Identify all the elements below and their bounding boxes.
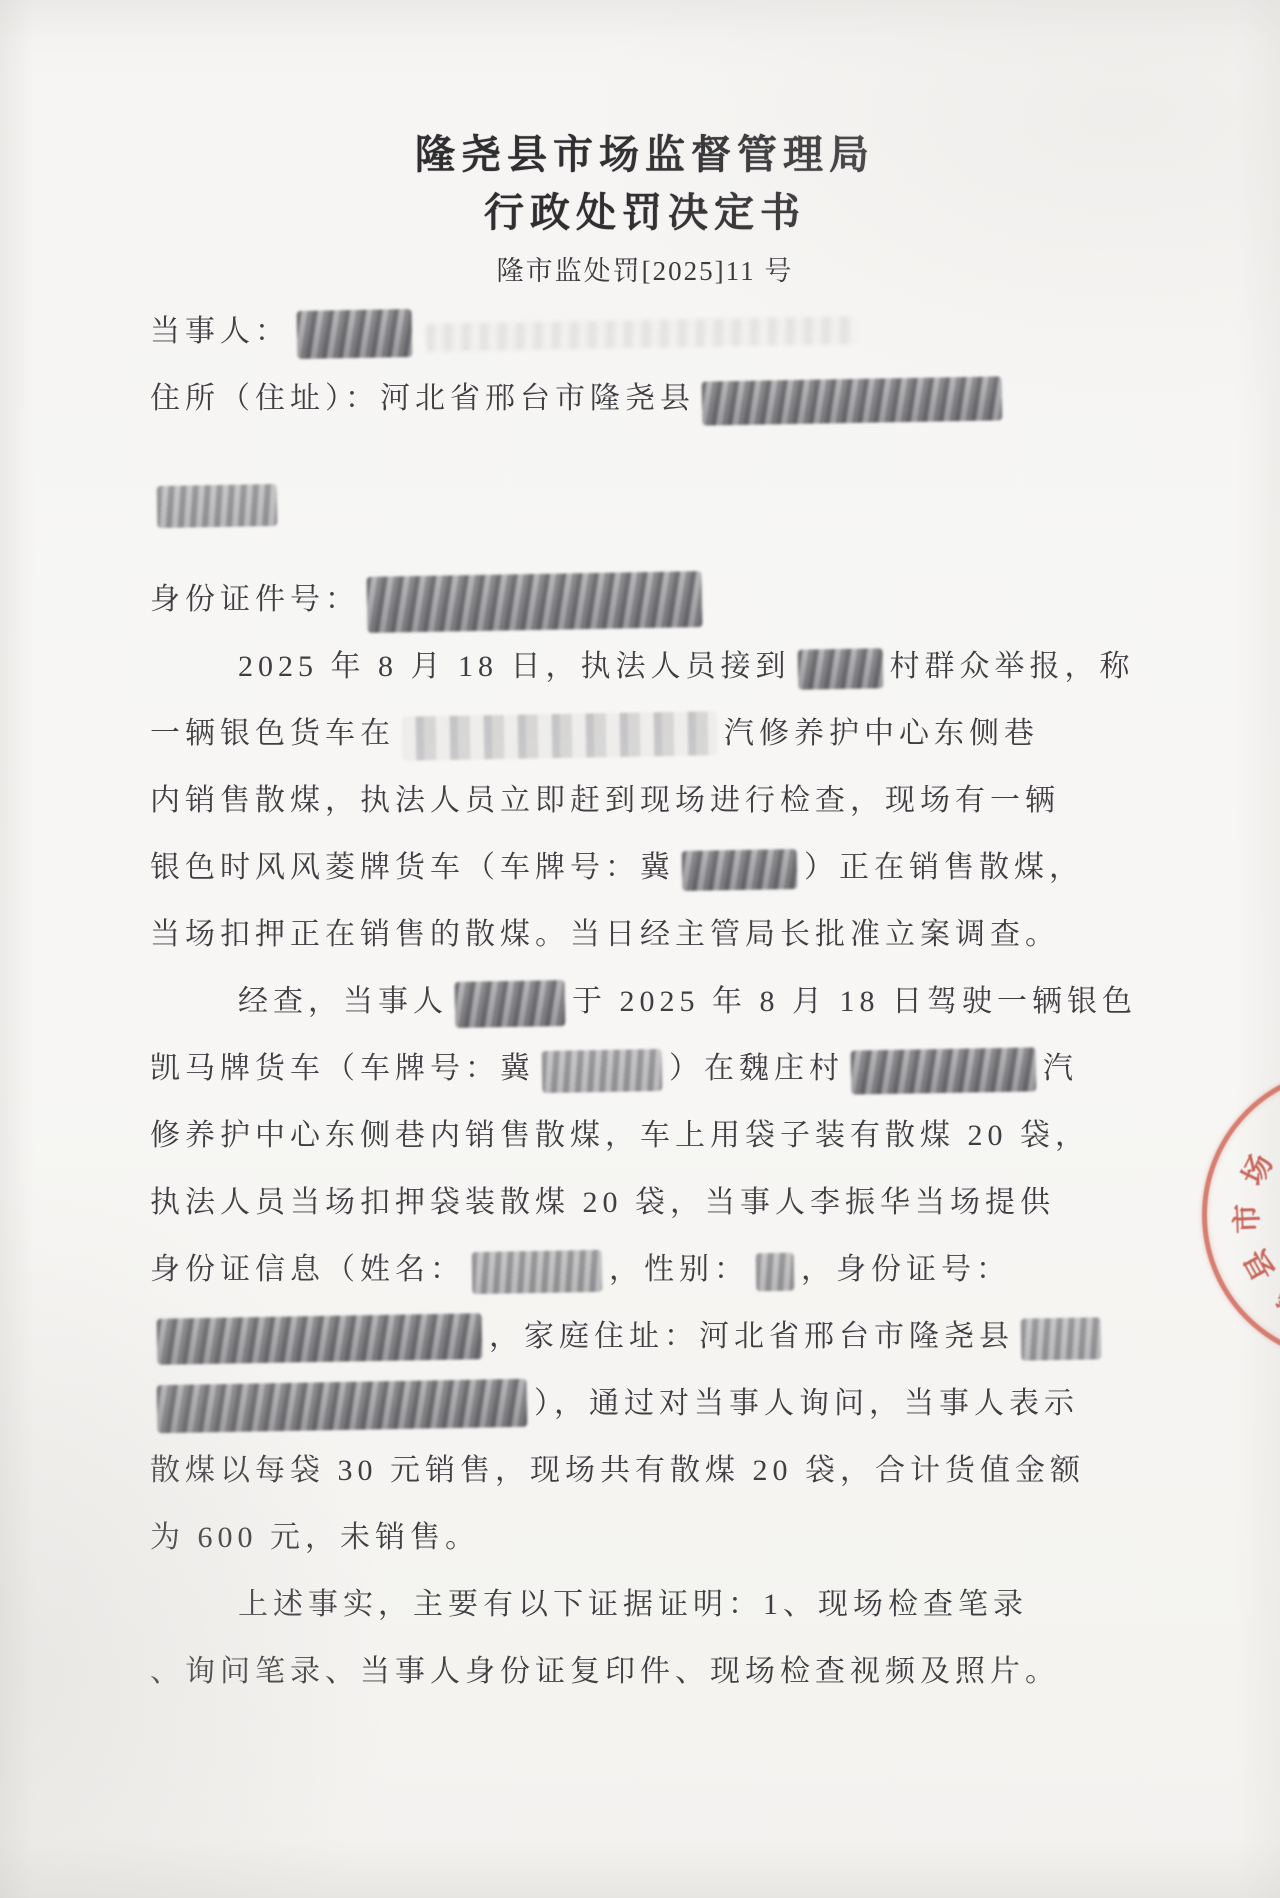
body-line: 一辆银色货车在汽修养护中心东侧巷 <box>150 700 1140 767</box>
text-run: 村群众举报，称 <box>890 650 1135 683</box>
redaction-mark <box>1021 1317 1102 1360</box>
document-title-line1: 隆尧县市场监督管理局 <box>150 126 1140 184</box>
text-run: 住所（住址）：河北省邢台市隆尧县 <box>150 382 695 415</box>
body-line: 执法人员当场扣押袋装散煤 20 袋，当事人李振华当场提供 <box>150 1169 1140 1236</box>
field-id-number: 身份证件号： <box>150 566 1140 633</box>
redaction-mark <box>702 376 1003 425</box>
body-line: ，家庭住址：河北省邢台市隆尧县 <box>150 1303 1140 1370</box>
body-line: ），通过对当事人询问，当事人表示 <box>150 1370 1140 1437</box>
body-line: 当场扣押正在销售的散煤。当日经主管局长批准立案调查。 <box>150 901 1140 968</box>
redaction-mark <box>682 849 798 891</box>
body-line: 散煤以每袋 30 元销售，现场共有散煤 20 袋，合计货值金额 <box>150 1437 1140 1504</box>
redaction-mark <box>402 711 718 760</box>
body-line: 凯马牌货车（车牌号：冀）在魏庄村汽 <box>150 1035 1140 1102</box>
text-run: 、询问笔录、当事人身份证复印件、现场检查视频及照片。 <box>150 1655 1060 1688</box>
document-title-line2: 行政处罚决定书 <box>150 184 1140 242</box>
body-line: 为 600 元，未销售。 <box>150 1504 1140 1571</box>
body-line: 身份证信息（姓名：，性别：，身份证号： <box>150 1236 1140 1303</box>
seal-character: 县 <box>1231 1243 1280 1291</box>
body-line: 上述事实，主要有以下证据证明：1、现场检查笔录 <box>150 1571 1140 1638</box>
text-run: 一辆银色货车在 <box>150 717 395 750</box>
field-address: 住所（住址）：河北省邢台市隆尧县 <box>150 365 1140 432</box>
text-run: 身份证信息（姓名： <box>150 1253 465 1286</box>
document-lines: 当事人：住所（住址）：河北省邢台市隆尧县身份证件号：2025 年 8 月 18 … <box>150 298 1140 1705</box>
field-address-wrap <box>150 470 1140 537</box>
body-line: 2025 年 8 月 18 日，执法人员接到村群众举报，称 <box>150 633 1140 700</box>
text-run: ，性别： <box>609 1253 749 1286</box>
text-run: 为 600 元，未销售。 <box>150 1521 480 1554</box>
text-run: 汽修养护中心东侧巷 <box>724 717 1039 750</box>
redaction-mark <box>157 1313 483 1365</box>
text-run: ）正在销售散煤， <box>804 851 1084 884</box>
body-line: 修养护中心东侧巷内销售散煤，车上用袋子装有散煤 20 袋， <box>150 1102 1140 1169</box>
seal-character: 场 <box>1228 1145 1280 1191</box>
text-run: 2025 年 8 月 18 日，执法人员接到 <box>238 650 791 683</box>
text-run: 当场扣押正在销售的散煤。当日经主管局长批准立案调查。 <box>150 918 1060 951</box>
field-party: 当事人： <box>150 298 1140 365</box>
text-run: 修养护中心东侧巷内销售散煤，车上用袋子装有散煤 20 袋， <box>150 1119 1090 1152</box>
document-number: 隆市监处罚[2025]11 号 <box>150 248 1140 294</box>
redaction-mark <box>426 316 856 352</box>
redaction-mark <box>367 571 703 633</box>
redaction-mark <box>297 309 413 359</box>
redaction-mark <box>756 1253 795 1292</box>
text-run: ，家庭住址：河北省邢台市隆尧县 <box>489 1320 1014 1353</box>
text-run: 身份证件号： <box>150 583 360 616</box>
redaction-mark <box>157 484 278 528</box>
redaction-mark <box>797 648 883 689</box>
document-page: 隆尧县市场监督管理局 行政处罚决定书 隆市监处罚[2025]11 号 当事人：住… <box>0 0 1280 1705</box>
body-line: 内销售散煤，执法人员立即赶到现场进行检查，现场有一辆 <box>150 767 1140 834</box>
text-run: ，身份证号： <box>801 1253 1011 1286</box>
redaction-mark <box>157 1379 528 1433</box>
text-run: 散煤以每袋 30 元销售，现场共有散煤 20 袋，合计货值金额 <box>150 1454 1085 1487</box>
text-run: ）在魏庄村 <box>669 1052 844 1085</box>
seal-character: 市 <box>1222 1203 1267 1235</box>
seal-character: 尧 <box>1266 1276 1280 1329</box>
text-run: 银色时风风菱牌货车（车牌号：冀 <box>150 851 675 884</box>
text-run: ），通过对当事人询问，当事人表示 <box>534 1387 1079 1420</box>
text-run: 当事人： <box>150 315 290 348</box>
text-run: 汽 <box>1043 1052 1078 1085</box>
text-run: 凯马牌货车（车牌号：冀 <box>150 1052 535 1085</box>
body-line: 银色时风风菱牌货车（车牌号：冀）正在销售散煤， <box>150 834 1140 901</box>
redaction-mark <box>851 1047 1037 1094</box>
text-run: 内销售散煤，执法人员立即赶到现场进行检查，现场有一辆 <box>150 784 1060 817</box>
text-run: 经查，当事人 <box>238 985 448 1018</box>
text-run: 执法人员当场扣押袋装散煤 20 袋，当事人李振华当场提供 <box>150 1186 1055 1219</box>
text-run: 于 2025 年 8 月 18 日驾驶一辆银色 <box>572 985 1137 1018</box>
text-run: 上述事实，主要有以下证据证明：1、现场检查笔录 <box>238 1588 1028 1621</box>
redaction-mark <box>472 1250 603 1294</box>
redaction-mark <box>542 1049 663 1093</box>
redaction-mark <box>455 980 566 1028</box>
body-line: 、询问笔录、当事人身份证复印件、现场检查视频及照片。 <box>150 1638 1140 1705</box>
body-line: 经查，当事人于 2025 年 8 月 18 日驾驶一辆银色 <box>150 968 1140 1035</box>
